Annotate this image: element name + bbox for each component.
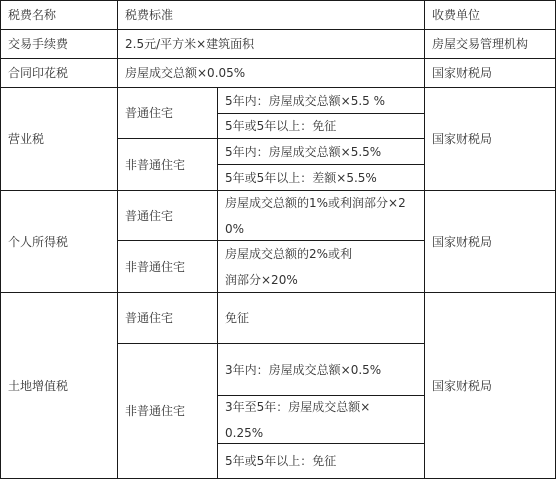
stamp-duty-name: 合同印花税 bbox=[0, 58, 118, 88]
header-standard: 税费标准 bbox=[117, 0, 425, 30]
header-name-label: 税费名称 bbox=[8, 2, 56, 28]
land-vat-non-ordinary-within-3y-text: 3年内：房屋成交总额×0.5% bbox=[225, 357, 381, 383]
business-tax-non-ordinary-within-5y-text: 5年内：房屋成交总额×5.5% bbox=[225, 139, 381, 165]
land-vat-non-ordinary-over-5y-text: 5年或5年以上：免征 bbox=[225, 448, 336, 474]
transaction-fee-collector-text: 房屋交易管理机构 bbox=[432, 31, 528, 57]
land-vat-name: 土地增值税 bbox=[0, 292, 118, 479]
business-tax-non-ordinary-label-text: 非普通住宅 bbox=[125, 152, 185, 178]
stamp-duty-collector-text: 国家财税局 bbox=[432, 60, 492, 86]
income-tax-ordinary-rate: 房屋成交总额的1%或利润部分×20% bbox=[217, 190, 425, 241]
business-tax-name: 营业税 bbox=[0, 87, 118, 191]
business-tax-collector-text: 国家财税局 bbox=[432, 126, 492, 152]
income-tax-non-ordinary-rate-text: 房屋成交总额的2%或利润部分×20% bbox=[225, 241, 364, 293]
income-tax-ordinary-rate-text: 房屋成交总额的1%或利润部分×20% bbox=[225, 190, 417, 241]
land-vat-ordinary-rate: 免征 bbox=[217, 292, 425, 344]
land-vat-name-text: 土地增值税 bbox=[8, 373, 68, 399]
business-tax-ordinary-over-5y-text: 5年或5年以上：免征 bbox=[225, 113, 336, 139]
stamp-duty-standard-text: 房屋成交总额×0.05% bbox=[125, 60, 245, 86]
business-tax-ordinary-within-5y: 5年内：房屋成交总额×5.5 % bbox=[217, 87, 425, 114]
business-tax-name-text: 营业税 bbox=[8, 126, 44, 152]
income-tax-collector-text: 国家财税局 bbox=[432, 229, 492, 255]
land-vat-ordinary-rate-text: 免征 bbox=[225, 305, 249, 331]
land-vat-ordinary-label-text: 普通住宅 bbox=[125, 305, 173, 331]
transaction-fee-standard: 2.5元/平方米×建筑面积 bbox=[117, 29, 425, 59]
land-vat-non-ordinary-3y-to-5y-text: 3年至5年：房屋成交总额×0.25% bbox=[225, 395, 374, 444]
land-vat-collector: 国家财税局 bbox=[424, 292, 556, 479]
income-tax-ordinary-label: 普通住宅 bbox=[117, 190, 218, 241]
land-vat-non-ordinary-label-text: 非普通住宅 bbox=[125, 398, 185, 424]
business-tax-non-ordinary-over-5y: 5年或5年以上：差额×5.5% bbox=[217, 164, 425, 191]
land-vat-non-ordinary-over-5y: 5年或5年以上：免征 bbox=[217, 443, 425, 479]
income-tax-non-ordinary-rate: 房屋成交总额的2%或利润部分×20% bbox=[217, 240, 425, 293]
income-tax-ordinary-label-text: 普通住宅 bbox=[125, 203, 173, 229]
header-standard-label: 税费标准 bbox=[125, 2, 173, 28]
stamp-duty-name-text: 合同印花税 bbox=[8, 60, 68, 86]
transaction-fee-name-text: 交易手续费 bbox=[8, 31, 68, 57]
transaction-fee-standard-text: 2.5元/平方米×建筑面积 bbox=[125, 31, 254, 57]
transaction-fee-collector: 房屋交易管理机构 bbox=[424, 29, 556, 59]
land-vat-non-ordinary-within-3y: 3年内：房屋成交总额×0.5% bbox=[217, 343, 425, 396]
income-tax-name: 个人所得税 bbox=[0, 190, 118, 293]
business-tax-non-ordinary-label: 非普通住宅 bbox=[117, 138, 218, 191]
land-vat-collector-text: 国家财税局 bbox=[432, 373, 492, 399]
income-tax-name-text: 个人所得税 bbox=[8, 229, 68, 255]
stamp-duty-standard: 房屋成交总额×0.05% bbox=[117, 58, 425, 88]
business-tax-ordinary-label-text: 普通住宅 bbox=[125, 100, 173, 126]
land-vat-non-ordinary-3y-to-5y: 3年至5年：房屋成交总额×0.25% bbox=[217, 395, 425, 444]
income-tax-non-ordinary-label-text: 非普通住宅 bbox=[125, 254, 185, 280]
business-tax-collector: 国家财税局 bbox=[424, 87, 556, 191]
header-collector: 收费单位 bbox=[424, 0, 556, 30]
transaction-fee-name: 交易手续费 bbox=[0, 29, 118, 59]
land-vat-non-ordinary-label: 非普通住宅 bbox=[117, 343, 218, 479]
business-tax-non-ordinary-over-5y-text: 5年或5年以上：差额×5.5% bbox=[225, 165, 377, 191]
business-tax-ordinary-label: 普通住宅 bbox=[117, 87, 218, 139]
header-collector-label: 收费单位 bbox=[432, 2, 480, 28]
tax-fee-table: 税费名称 税费标准 收费单位 交易手续费 2.5元/平方米×建筑面积 房屋交易管… bbox=[0, 0, 556, 479]
land-vat-ordinary-label: 普通住宅 bbox=[117, 292, 218, 344]
business-tax-ordinary-within-5y-text: 5年内：房屋成交总额×5.5 % bbox=[225, 88, 385, 114]
business-tax-ordinary-over-5y: 5年或5年以上：免征 bbox=[217, 113, 425, 139]
stamp-duty-collector: 国家财税局 bbox=[424, 58, 556, 88]
income-tax-collector: 国家财税局 bbox=[424, 190, 556, 293]
income-tax-non-ordinary-label: 非普通住宅 bbox=[117, 240, 218, 293]
business-tax-non-ordinary-within-5y: 5年内：房屋成交总额×5.5% bbox=[217, 138, 425, 165]
header-name: 税费名称 bbox=[0, 0, 118, 30]
